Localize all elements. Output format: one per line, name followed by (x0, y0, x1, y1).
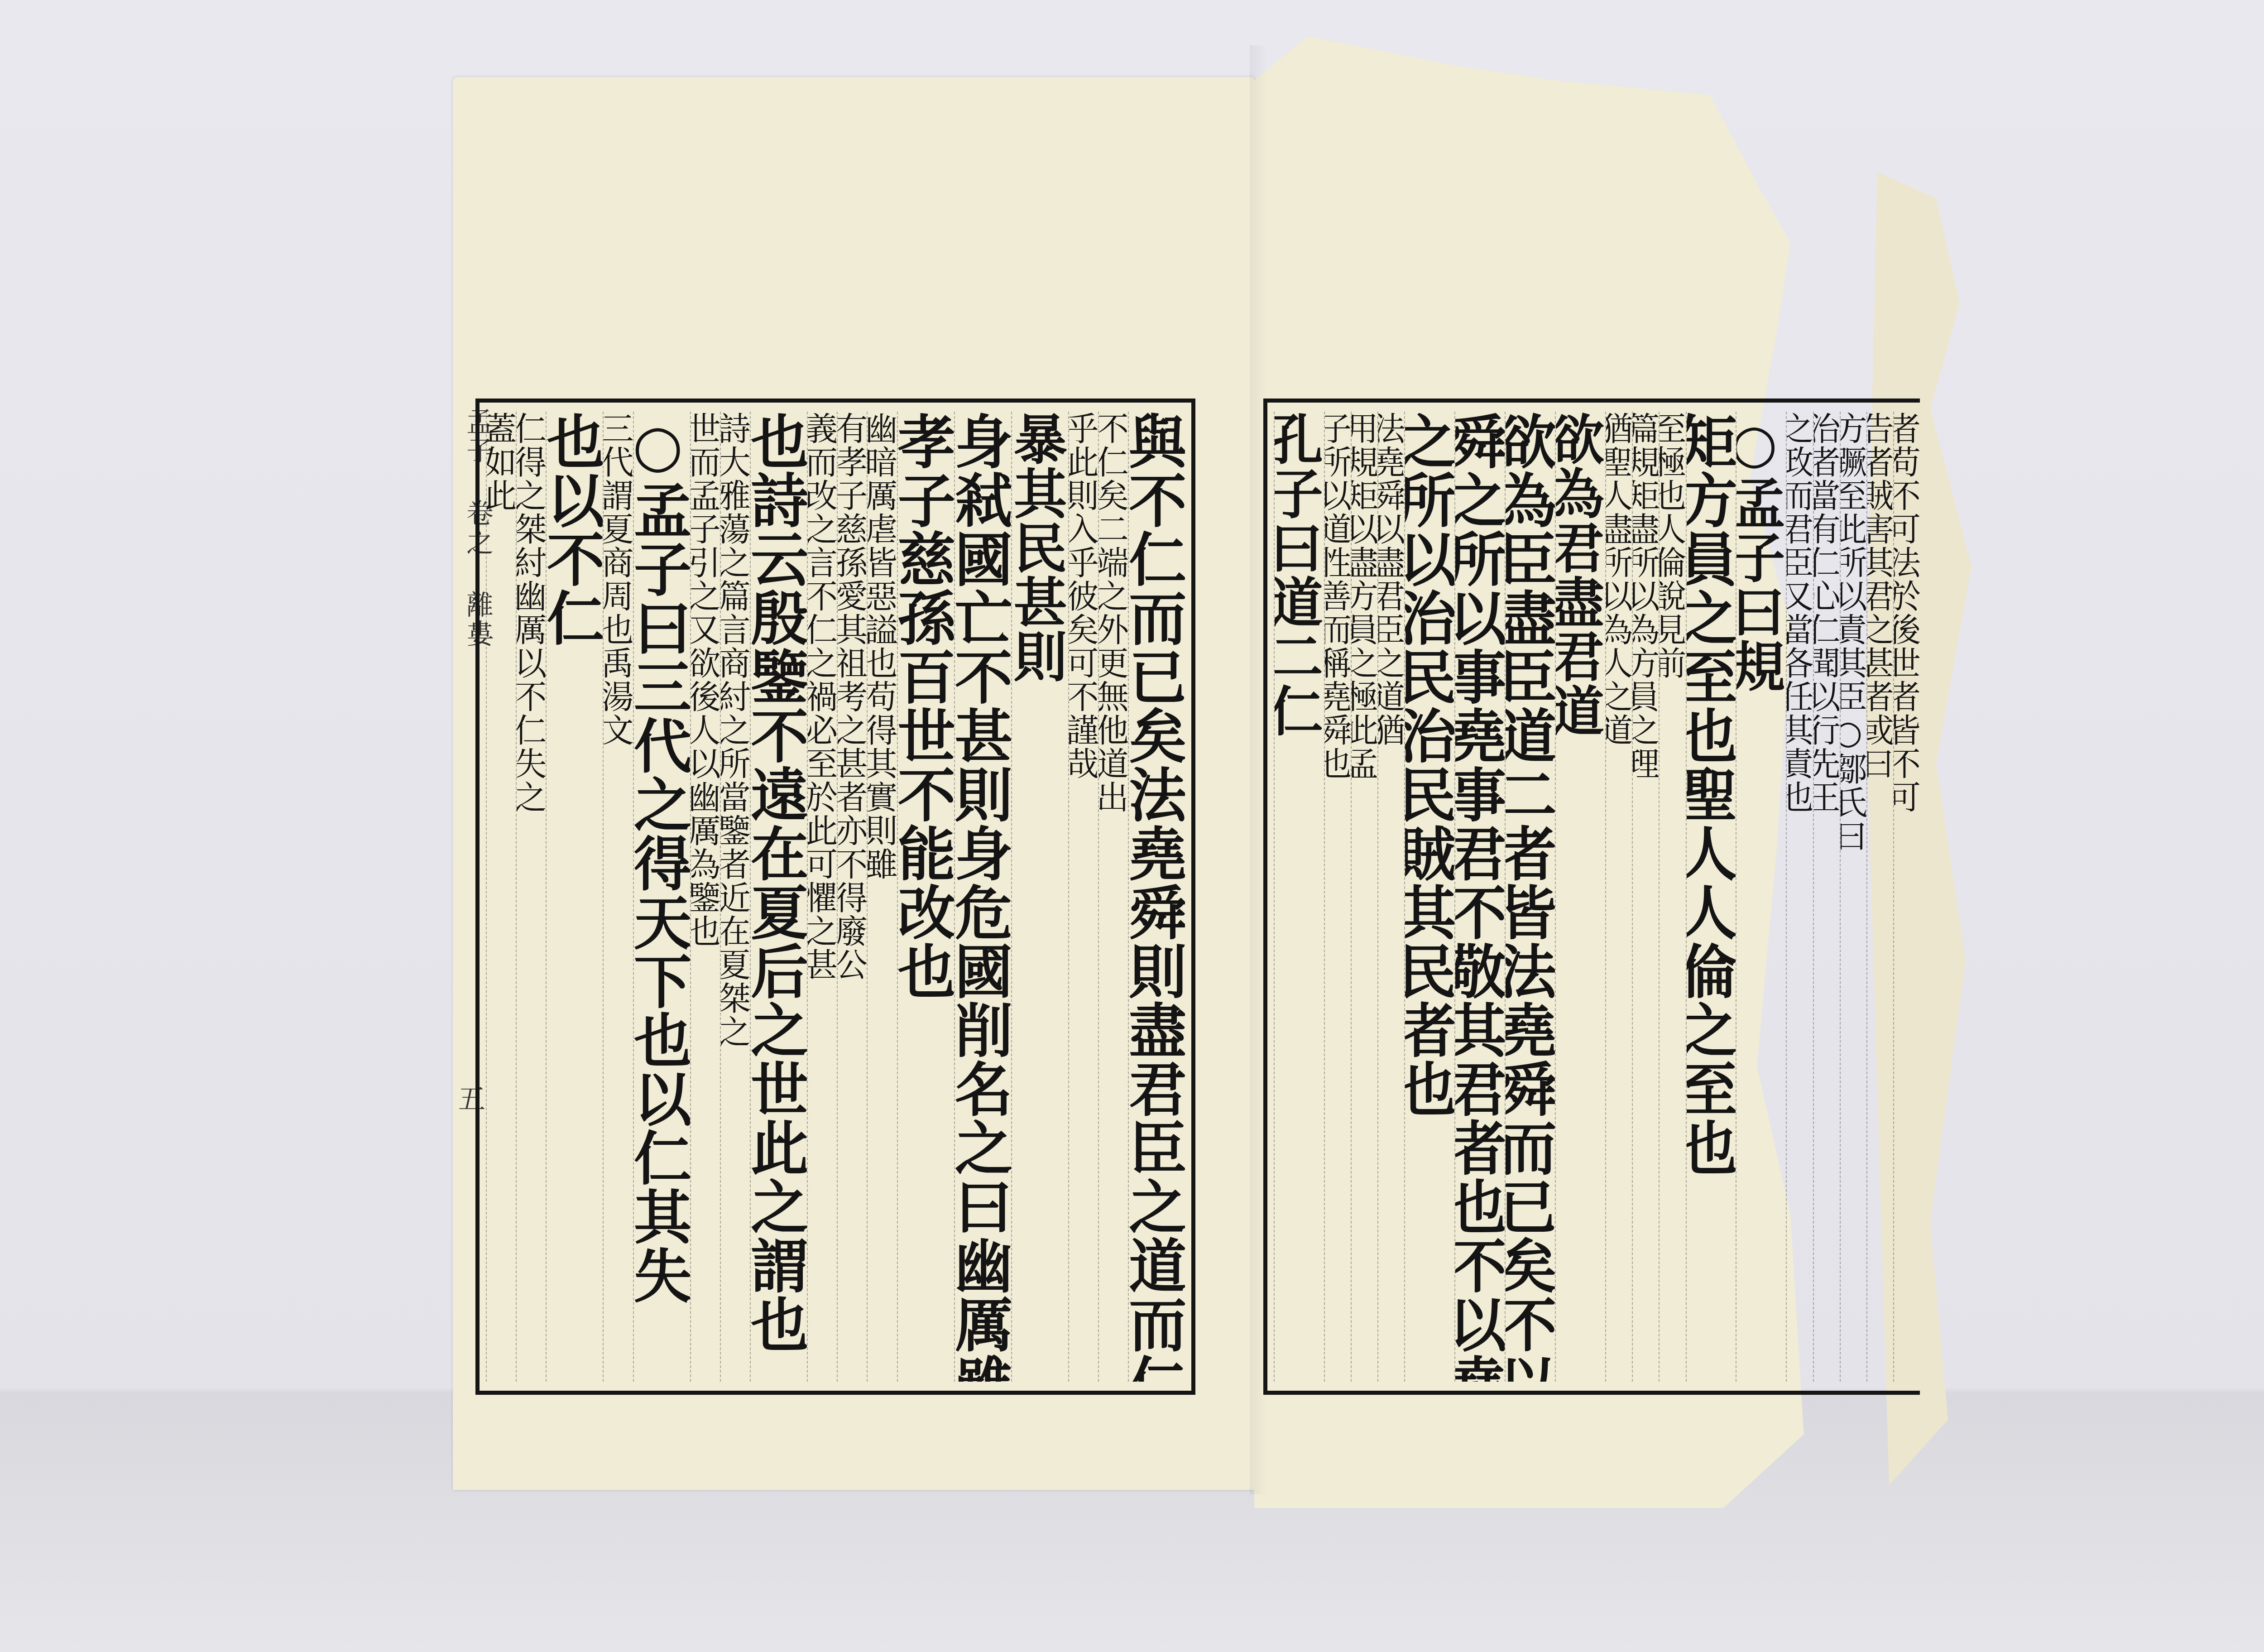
text-column: 之所以治民治民賊其民者也 (1404, 412, 1454, 1382)
text-column: 子所以道性善而稱堯舜也 (1324, 412, 1351, 1382)
text-column: 猶聖人盡所以為人之道 (1605, 412, 1632, 1382)
text-column: 不仁矣二端之外更無他道出 (1098, 412, 1128, 1382)
text-column: 舜之所以事堯事君不敬其君者也不以堯 (1454, 412, 1505, 1382)
text-column: 孔子曰道二仁 (1274, 412, 1324, 1382)
text-column: 欲為君盡君道 (1555, 412, 1605, 1382)
text-column: 用規矩以盡方員之極此孟 (1351, 412, 1377, 1382)
text-column: 乎此則入乎彼矣可不謹哉 (1068, 412, 1098, 1382)
text-column: 詩大雅蕩之篇言商紂之所當鑒者近在夏桀之 (720, 412, 750, 1382)
text-column: 也以不仁 (546, 412, 603, 1382)
text-column: 至極也人倫說見前 (1659, 412, 1685, 1382)
text-column: ○孟子曰三代之得天下也以仁其失 (633, 412, 690, 1382)
text-column: 義而改之言不仁之禍必至於此可懼之甚 (807, 412, 837, 1382)
text-column: 法堯舜以盡君臣之道猶 (1377, 412, 1404, 1382)
text-column: 有孝子慈孫愛其祖考之甚者亦不得廢公 (837, 412, 867, 1382)
left-text-frame: 與不仁而已矣法堯舜則盡君臣之道而仁不仁矣二端之外更無他道出乎此則入乎彼矣可不謹哉… (475, 399, 1195, 1395)
text-column: 告者賊害其君之甚者或曰 (1866, 412, 1893, 1382)
text-column: 世而孟子引之又欲後人以幽厲為鑒也 (690, 412, 720, 1382)
text-column: 之政而君臣又當各任其責也 (1786, 412, 1813, 1382)
text-column: 矩方員之至也聖人人倫之至也 (1686, 412, 1736, 1382)
text-column: 身弒國亡不甚則身危國削名之曰幽厲雖 (954, 412, 1011, 1382)
text-column: ○孟子曰規 (1736, 412, 1786, 1382)
text-column: 暴其民甚則 (1011, 412, 1068, 1382)
text-column: 蓋如此 (486, 412, 516, 1382)
text-column: 與不仁而已矣法堯舜則盡君臣之道而仁 (1128, 412, 1185, 1382)
text-column: 幽暗厲虐皆惡謚也苟得其實則雖 (867, 412, 897, 1382)
text-column: 欲為臣盡臣道二者皆法堯舜而已矣不以 (1505, 412, 1555, 1382)
text-column: 孝子慈孫百世不能改也 (897, 412, 954, 1382)
text-column: 也詩云殷鑒不遠在夏后之世此之謂也 (750, 412, 807, 1382)
text-column: 者苟不可法於後世者皆不可 (1893, 412, 1920, 1382)
text-column: 三代謂夏商周也禹湯文 (603, 412, 633, 1382)
text-column: 篇規矩盡所以為方員之理 (1632, 412, 1659, 1382)
text-column: 方蹶至此所以責其臣○鄒氏曰 (1840, 412, 1866, 1382)
left-columns: 與不仁而已矣法堯舜則盡君臣之道而仁不仁矣二端之外更無他道出乎此則入乎彼矣可不謹哉… (486, 412, 1185, 1382)
right-columns: 者苟不可法於後世者皆不可告者賊害其君之甚者或曰方蹶至此所以責其臣○鄒氏曰治者當有… (1274, 412, 1920, 1382)
right-text-frame: 者苟不可法於後世者皆不可告者賊害其君之甚者或曰方蹶至此所以責其臣○鄒氏曰治者當有… (1263, 399, 1920, 1395)
text-column: 治者當有仁心仁聞以行先王 (1813, 412, 1840, 1382)
text-column: 仁得之桀紂幽厲以不仁失之 (516, 412, 546, 1382)
